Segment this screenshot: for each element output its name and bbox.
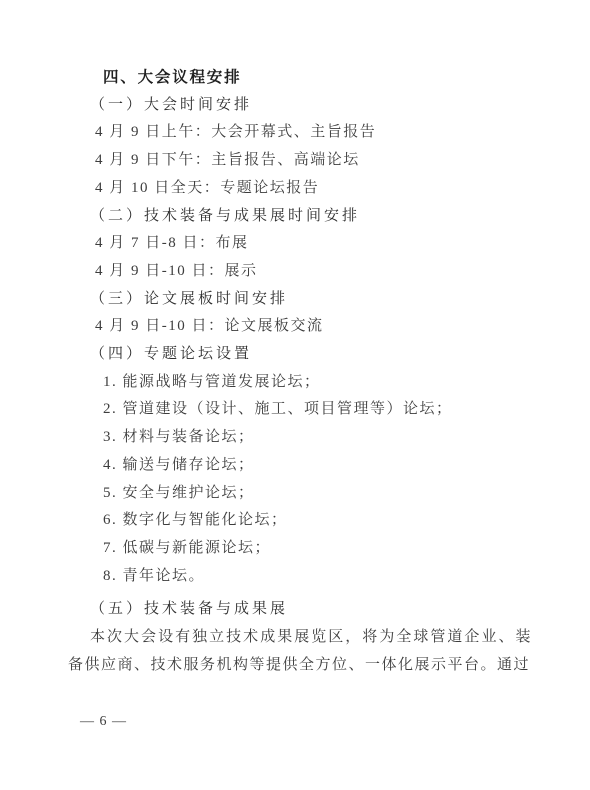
forum-list-item: 4. 输送与储存论坛；: [103, 452, 532, 480]
subsection-title-2: （二）技术装备与成果展时间安排: [90, 203, 532, 231]
body-paragraph: 本次大会设有独立技术成果展览区，将为全球管道企业、装备供应商、技术服务机构等提供…: [68, 624, 532, 679]
subsection-title-4: （四）专题论坛设置: [90, 341, 532, 369]
forum-list-item: 2. 管道建设（设计、施工、项目管理等）论坛；: [103, 396, 532, 424]
forum-list-item: 6. 数字化与智能化论坛；: [103, 507, 532, 535]
agenda-line: 4 月 9 日-10 日：论文展板交流: [95, 313, 532, 341]
agenda-line: 4 月 9 日上午：大会开幕式、主旨报告: [95, 119, 532, 147]
agenda-line: 4 月 7 日-8 日：布展: [95, 230, 532, 258]
document-page: 四、大会议程安排 （一）大会时间安排 4 月 9 日上午：大会开幕式、主旨报告 …: [0, 0, 590, 790]
forum-list-item: 7. 低碳与新能源论坛；: [103, 535, 532, 563]
doc-heading: 四、大会议程安排: [103, 64, 532, 92]
forum-list-item: 3. 材料与装备论坛；: [103, 424, 532, 452]
forum-list-item: 1. 能源战略与管道发展论坛；: [103, 369, 532, 397]
agenda-line: 4 月 10 日全天：专题论坛报告: [95, 175, 532, 203]
page-number: — 6 —: [80, 712, 127, 732]
subsection-title-3: （三）论文展板时间安排: [90, 286, 532, 314]
forum-list-item: 8. 青年论坛。: [103, 563, 532, 591]
subsection-title-5: （五）技术装备与成果展: [90, 596, 532, 624]
agenda-line: 4 月 9 日下午：主旨报告、高端论坛: [95, 147, 532, 175]
document-content: 四、大会议程安排 （一）大会时间安排 4 月 9 日上午：大会开幕式、主旨报告 …: [68, 64, 532, 679]
subsection-title-1: （一）大会时间安排: [90, 92, 532, 120]
forum-list-item: 5. 安全与维护论坛；: [103, 480, 532, 508]
agenda-line: 4 月 9 日-10 日：展示: [95, 258, 532, 286]
